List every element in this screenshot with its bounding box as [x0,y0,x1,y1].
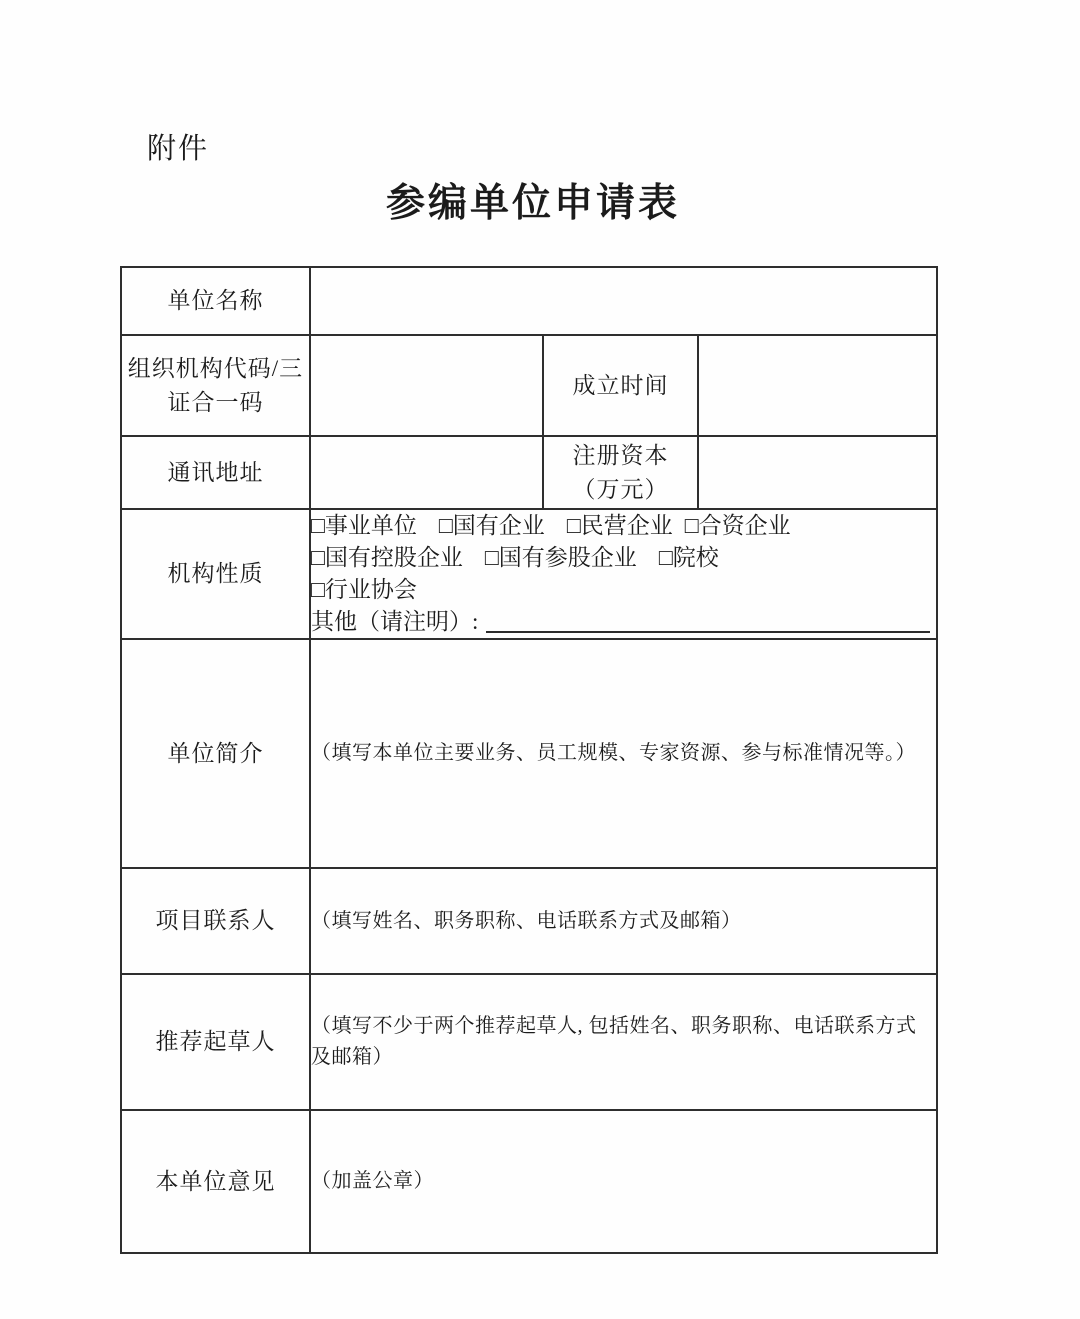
recommended-drafters-row: 推荐起草人 （填写不少于两个推荐起草人, 包括姓名、职务职称、电话联系方式及邮箱… [121,974,937,1110]
unit-profile-input-cell[interactable]: （填写本单位主要业务、员工规模、专家资源、参与标准情况等。） [310,639,937,868]
org-code-row: 组织机构代码/三 证合一码 成立时间 [121,335,937,436]
project-contact-label: 项目联系人 [121,868,310,974]
unit-opinion-row: 本单位意见 （加盖公章） [121,1110,937,1253]
unit-opinion-label: 本单位意见 [121,1110,310,1253]
project-contact-hint: （填写姓名、职务职称、电话联系方式及邮箱） [311,906,936,937]
scanned-page: 附件 参编单位申请表 单位名称 组织机构代码/三 证合一码 成立时间 通讯地址 … [0,0,1080,1319]
recommended-drafters-input-cell[interactable]: （填写不少于两个推荐起草人, 包括姓名、职务职称、电话联系方式及邮箱） [310,974,937,1110]
other-note-label: 其他（请注明）: [311,606,478,638]
checkbox-public-institution[interactable]: □事业单位 [311,513,417,538]
nature-options-line-3: □行业协会 [311,574,936,606]
project-contact-input-cell[interactable]: （填写姓名、职务职称、电话联系方式及邮箱） [310,868,937,974]
unit-opinion-hint: （加盖公章） [311,1166,936,1197]
nature-other-line: 其他（请注明）: [311,606,936,638]
unit-profile-row: 单位简介 （填写本单位主要业务、员工规模、专家资源、参与标准情况等。） [121,639,937,868]
application-form-table: 单位名称 组织机构代码/三 证合一码 成立时间 通讯地址 注册资本 （万元） 机… [120,266,938,1254]
unit-name-input-cell[interactable] [310,267,937,335]
checkbox-industry-association[interactable]: □行业协会 [311,577,417,602]
registered-capital-label: 注册资本 （万元） [543,436,698,509]
checkbox-private-enterprise[interactable]: □民营企业 [567,513,673,538]
project-contact-row: 项目联系人 （填写姓名、职务职称、电话联系方式及邮箱） [121,868,937,974]
unit-opinion-input-cell[interactable]: （加盖公章） [310,1110,937,1253]
establish-date-label: 成立时间 [543,335,698,436]
unit-name-label: 单位名称 [121,267,310,335]
address-label: 通讯地址 [121,436,310,509]
attachment-label: 附件 [147,126,209,167]
checkbox-state-holding-enterprise[interactable]: □国有控股企业 [311,545,463,570]
checkbox-state-participating-enterprise[interactable]: □国有参股企业 [485,545,637,570]
unit-name-row: 单位名称 [121,267,937,335]
unit-profile-label: 单位简介 [121,639,310,868]
checkbox-state-owned-enterprise[interactable]: □国有企业 [439,513,545,538]
page-title: 参编单位申请表 [0,172,1066,228]
org-code-input-cell[interactable] [310,335,543,436]
registered-capital-input-cell[interactable] [698,436,937,509]
nature-options-line-1: □事业单位□国有企业□民营企业□合资企业 [311,510,936,542]
address-input-cell[interactable] [310,436,543,509]
org-code-label: 组织机构代码/三 证合一码 [121,335,310,436]
other-note-input-line[interactable] [486,607,930,633]
address-row: 通讯地址 注册资本 （万元） [121,436,937,509]
institution-nature-options-cell: □事业单位□国有企业□民营企业□合资企业 □国有控股企业□国有参股企业□院校 □… [310,509,937,639]
nature-options-line-2: □国有控股企业□国有参股企业□院校 [311,542,936,574]
checkbox-college[interactable]: □院校 [659,545,719,570]
establish-date-input-cell[interactable] [698,335,937,436]
recommended-drafters-hint: （填写不少于两个推荐起草人, 包括姓名、职务职称、电话联系方式及邮箱） [311,1011,936,1073]
checkbox-joint-venture-enterprise[interactable]: □合资企业 [685,513,791,538]
unit-profile-hint: （填写本单位主要业务、员工规模、专家资源、参与标准情况等。） [311,738,936,769]
institution-nature-row: 机构性质 □事业单位□国有企业□民营企业□合资企业 □国有控股企业□国有参股企业… [121,509,937,639]
recommended-drafters-label: 推荐起草人 [121,974,310,1110]
institution-nature-label: 机构性质 [121,509,310,639]
